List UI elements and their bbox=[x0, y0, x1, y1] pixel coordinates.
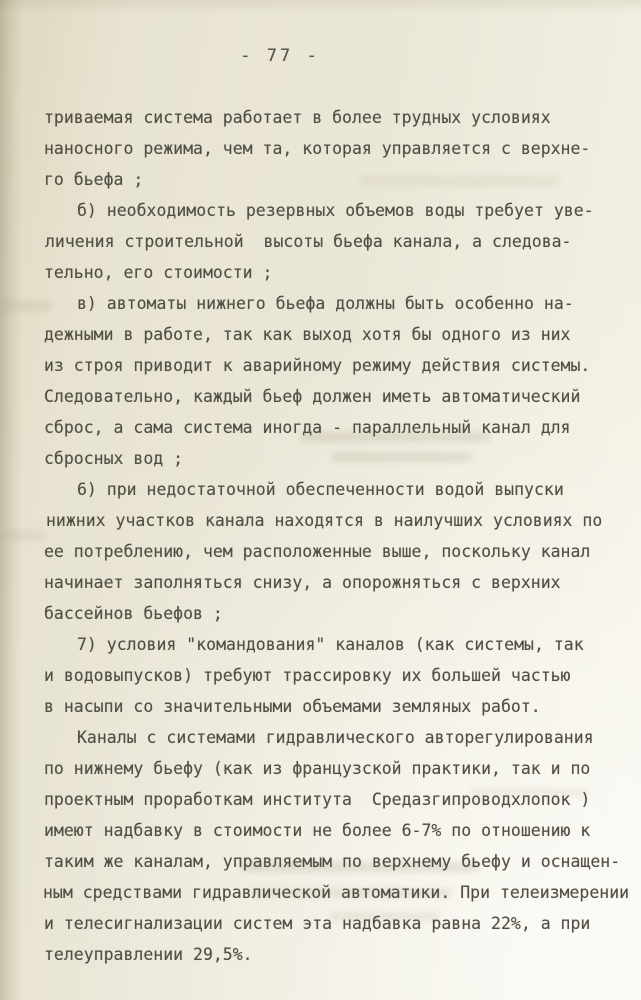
text-line: сброс, а сама система иногда - параллель… bbox=[44, 412, 630, 443]
text-line: имеют надбавку в стоимости не более 6-7%… bbox=[44, 815, 630, 846]
paragraph-canals: Каналы с системами гидравлического автор… bbox=[44, 722, 630, 970]
page-number: - 77 - bbox=[0, 46, 560, 66]
text-line: нижних участков канала находятся в наилу… bbox=[46, 505, 632, 536]
text-line: сбросных вод ; bbox=[44, 443, 630, 474]
text-line: Следовательно, каждый бьеф должен иметь … bbox=[44, 381, 630, 412]
scan-left-edge-shadow bbox=[0, 0, 22, 1000]
text-line: ным средствами гидравлической автоматики… bbox=[43, 877, 629, 908]
text-line: из строя приводит к аварийному режиму де… bbox=[44, 350, 630, 381]
text-line: по нижнему бьефу (как из французской пра… bbox=[44, 753, 630, 784]
text-line: личения строительной высоты бьефа канала… bbox=[45, 226, 631, 257]
paragraph-item-b: б) необходимость резервных объемов воды … bbox=[44, 195, 630, 288]
text-line: наносного режима, чем та, которая управл… bbox=[44, 133, 630, 164]
bleedthrough-smudge bbox=[0, 530, 46, 541]
text-line: б) необходимость резервных объемов воды … bbox=[44, 195, 630, 226]
paragraph-item-v: в) автоматы нижнего бьефа должны быть ос… bbox=[44, 288, 630, 474]
text-line: бассейнов бьефов ; bbox=[44, 598, 630, 629]
text-line: дежными в работе, так как выход хотя бы … bbox=[44, 319, 630, 350]
paragraph: триваемая система работает в более трудн… bbox=[44, 102, 630, 195]
text-line: в) автоматы нижнего бьефа должны быть ос… bbox=[44, 288, 630, 319]
document-body: триваемая система работает в более трудн… bbox=[44, 102, 630, 970]
text-line: триваемая система работает в более трудн… bbox=[44, 102, 630, 133]
text-line: ее потреблению, чем расположенные выше, … bbox=[44, 536, 630, 567]
text-line: Каналы с системами гидравлического автор… bbox=[44, 722, 630, 753]
text-line: тельно, его стоимости ; bbox=[44, 257, 630, 288]
text-line: таким же каналам, управляемым по верхнем… bbox=[44, 846, 630, 877]
paragraph-item-6: 6) при недостаточной обеспеченности водо… bbox=[44, 474, 630, 629]
text-line: и телесигнализации систем эта надбавка р… bbox=[44, 908, 630, 939]
scanned-document-page: - 77 - триваемая система работает в боле… bbox=[0, 0, 641, 1000]
text-line: телеуправлении 29,5%. bbox=[44, 939, 630, 970]
text-line: и водовыпусков) требуют трассировку их б… bbox=[44, 660, 630, 691]
paragraph-item-7: 7) условия "командования" каналов (как с… bbox=[44, 629, 630, 722]
text-line: начинает заполняться снизу, а опорожнять… bbox=[44, 567, 630, 598]
text-line: го бьефа ; bbox=[44, 164, 630, 195]
text-line: проектным проработкам института Средазги… bbox=[44, 784, 630, 815]
text-line: в насыпи со значительными объемами земля… bbox=[44, 691, 630, 722]
text-line: 6) при недостаточной обеспеченности водо… bbox=[44, 474, 630, 505]
text-line: 7) условия "командования" каналов (как с… bbox=[44, 629, 630, 660]
scan-top-edge-shadow bbox=[0, 0, 641, 14]
